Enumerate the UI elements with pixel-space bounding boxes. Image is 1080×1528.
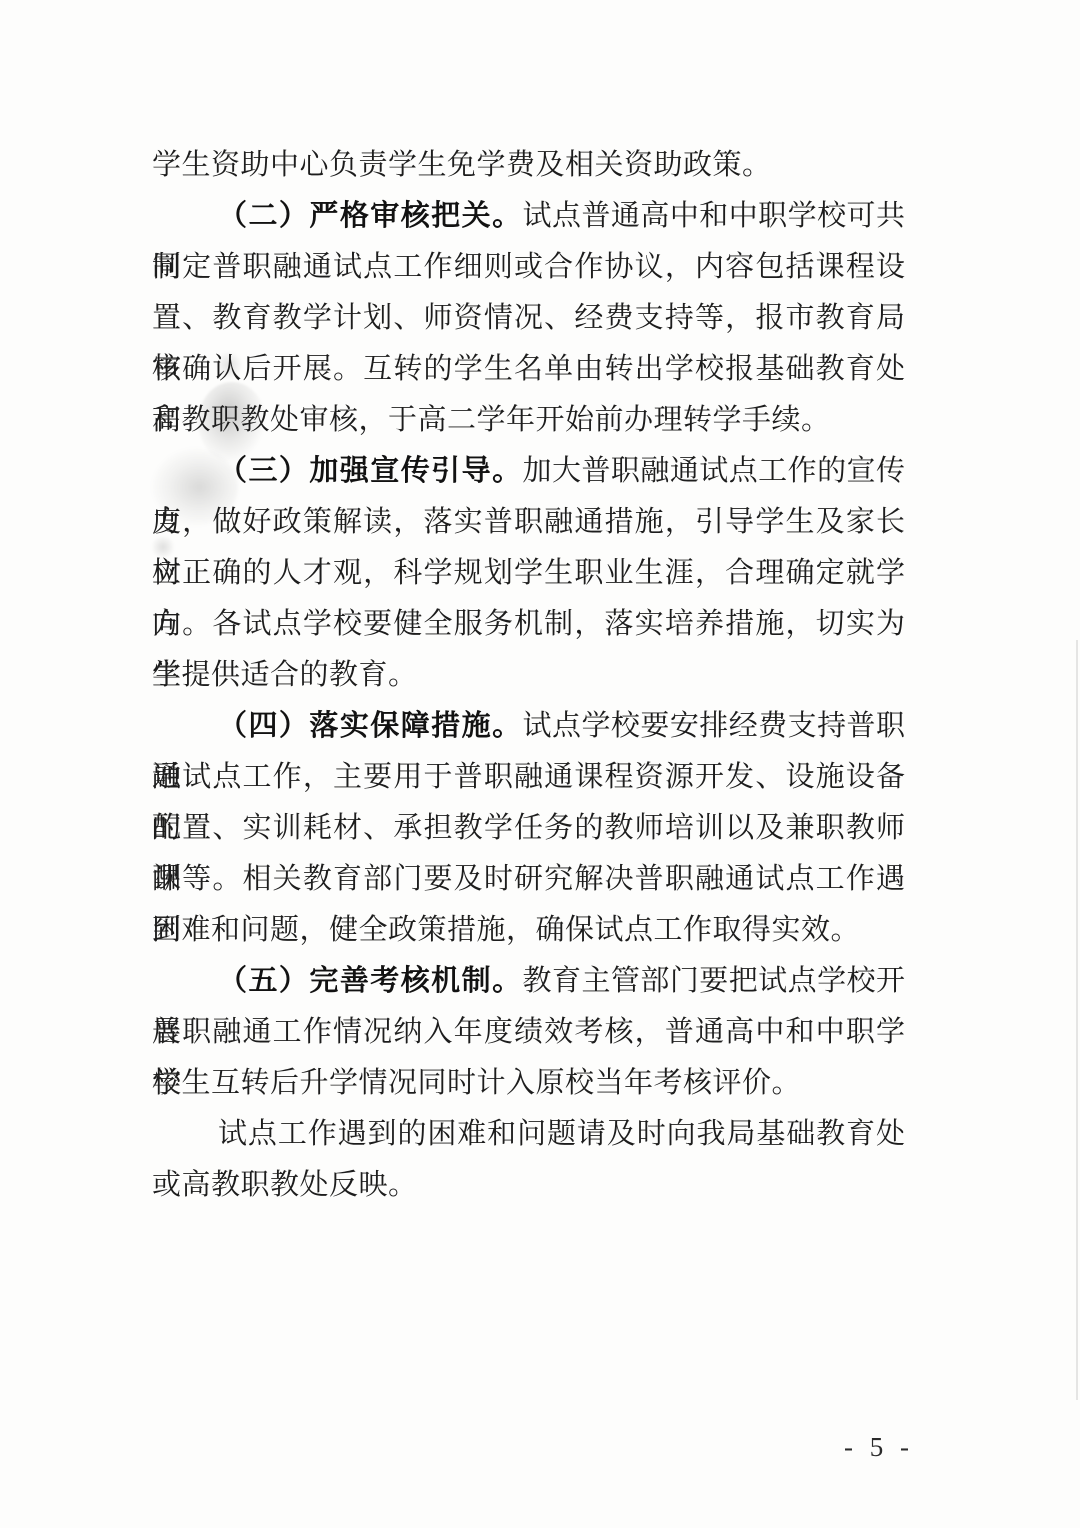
text-line: 置、教育教学计划、师资情况、经费支持等，报市教育局审 bbox=[152, 293, 905, 344]
body-text: 学生资助中心负责学生免学费及相关资助政策。 bbox=[152, 149, 772, 181]
body-text: 学生互转后升学情况同时计入原校当年考核评价。 bbox=[152, 1067, 801, 1099]
body-text: 或高教职教处反映。 bbox=[152, 1169, 418, 1201]
text-line: 向。各试点学校要健全服务机制，落实培养措施，切实为学 bbox=[152, 599, 905, 650]
text-line: （二）严格审核把关。试点普通高中和中职学校可共同 bbox=[152, 191, 905, 242]
text-line: 学生互转后升学情况同时计入原校当年考核评价。 bbox=[152, 1058, 905, 1109]
text-line: 酬等。相关教育部门要及时研究解决普职融通试点工作遇到 bbox=[152, 854, 905, 905]
section-heading: （二）严格审核把关。 bbox=[218, 200, 523, 232]
section-heading: （四）落实保障措施。 bbox=[218, 710, 523, 742]
text-line: 制定普职融通试点工作细则或合作协议，内容包括课程设 bbox=[152, 242, 905, 293]
body-text: 生提供适合的教育。 bbox=[152, 659, 418, 691]
text-line: （四）落实保障措施。试点学校要安排经费支持普职融 bbox=[152, 701, 905, 752]
document-page: 学生资助中心负责学生免学费及相关资助政策。（二）严格审核把关。试点普通高中和中职… bbox=[0, 0, 1080, 1528]
page-number: - 5 - bbox=[844, 1432, 914, 1463]
document-body: 学生资助中心负责学生免学费及相关资助政策。（二）严格审核把关。试点普通高中和中职… bbox=[152, 140, 905, 1211]
text-line: 普职融通工作情况纳入年度绩效考核，普通高中和中职学校 bbox=[152, 1007, 905, 1058]
text-line: 立正确的人才观，科学规划学生职业生涯，合理确定就学方 bbox=[152, 548, 905, 599]
section-heading: （三）加强宣传引导。 bbox=[218, 455, 523, 487]
body-text: 高教职教处审核，于高二学年开始前办理转学手续。 bbox=[152, 404, 831, 436]
body-text: 困难和问题，健全政策措施，确保试点工作取得实效。 bbox=[152, 914, 860, 946]
text-line: 困难和问题，健全政策措施，确保试点工作取得实效。 bbox=[152, 905, 905, 956]
section-heading: （五）完善考核机制。 bbox=[218, 965, 523, 997]
text-line: 学生资助中心负责学生免学费及相关资助政策。 bbox=[152, 140, 905, 191]
text-line: 试点工作遇到的困难和问题请及时向我局基础教育处 bbox=[152, 1109, 905, 1160]
text-line: 高教职教处审核，于高二学年开始前办理转学手续。 bbox=[152, 395, 905, 446]
text-line: 度，做好政策解读，落实普职融通措施，引导学生及家长树 bbox=[152, 497, 905, 548]
scanner-edge-artifact bbox=[1076, 640, 1078, 1400]
text-line: 或高教职教处反映。 bbox=[152, 1160, 905, 1211]
text-line: 核确认后开展。互转的学生名单由转出学校报基础教育处和 bbox=[152, 344, 905, 395]
body-text: 试点工作遇到的困难和问题请及时向我局基础教育处 bbox=[218, 1118, 905, 1150]
text-line: 生提供适合的教育。 bbox=[152, 650, 905, 701]
text-line: 配置、实训耗材、承担教学任务的教师培训以及兼职教师课 bbox=[152, 803, 905, 854]
text-line: 通试点工作，主要用于普职融通课程资源开发、设施设备的 bbox=[152, 752, 905, 803]
text-line: （五）完善考核机制。教育主管部门要把试点学校开展 bbox=[152, 956, 905, 1007]
text-line: （三）加强宣传引导。加大普职融通试点工作的宣传力 bbox=[152, 446, 905, 497]
body-text: 制定普职融通试点工作细则或合作协议，内容包括课程设 bbox=[152, 251, 905, 283]
